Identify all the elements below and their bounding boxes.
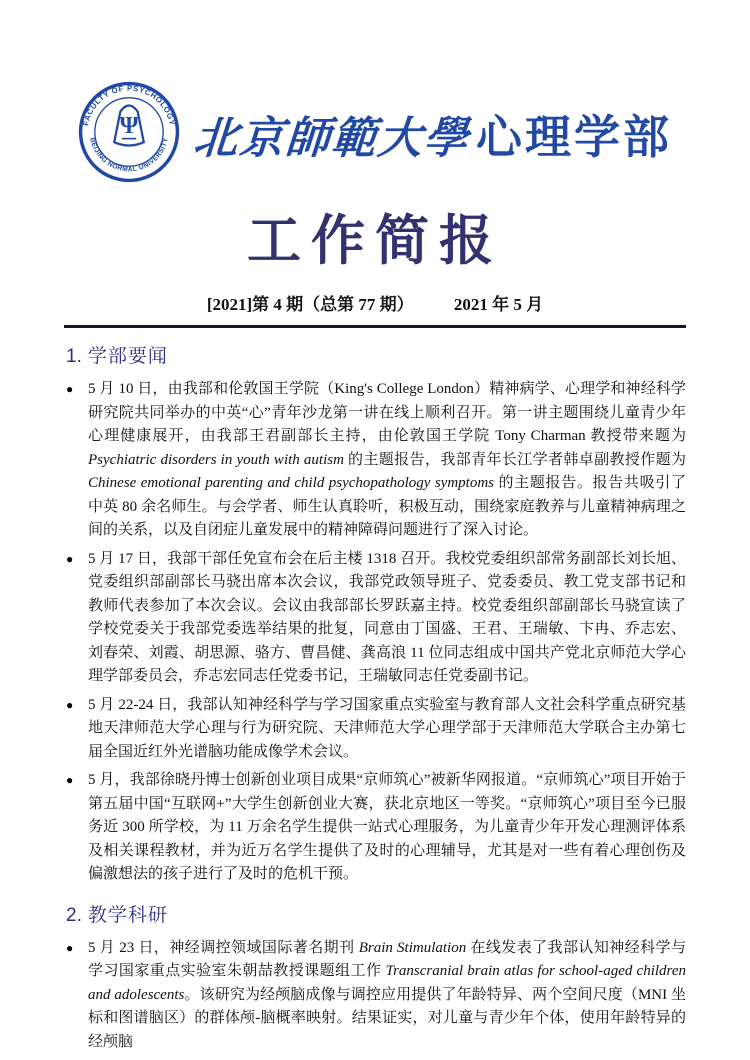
issue-number: [2021]第 4 期（总第 77 期） bbox=[207, 295, 414, 314]
sections: 1.学部要闻●5 月 10 日，由我部和伦敦国王学院（King's Colleg… bbox=[64, 341, 686, 1054]
faculty-name-bold: 心理学部 bbox=[476, 101, 672, 167]
bullet-text: 5 月 10 日，由我部和伦敦国王学院（King's College Londo… bbox=[88, 378, 686, 543]
header-logo-row: FACULTY OF PSYCHOLOGY BEIJING NORMAL UNI… bbox=[0, 82, 750, 186]
bullet-item: ●5 月 10 日，由我部和伦敦国王学院（King's College Lond… bbox=[64, 378, 686, 543]
bulletin-title: 工作简报 bbox=[0, 210, 750, 272]
bullet-icon: ● bbox=[64, 694, 88, 765]
bullet-text: 5 月，我部徐晓丹博士创新创业项目成果“京师筑心”被新华网报道。“京师筑心”项目… bbox=[88, 769, 686, 887]
text-run: 5 月，我部徐晓丹博士创新创业项目成果“京师筑心”被新华网报道。“京师筑心”项目… bbox=[88, 772, 686, 882]
psi-symbol: Ψ bbox=[119, 112, 138, 139]
bullet-item: ●5 月 23 日，神经调控领域国际著名期刊 Brain Stimulation… bbox=[64, 937, 686, 1055]
section-number: 1. bbox=[66, 346, 82, 367]
bulletin-page: FACULTY OF PSYCHOLOGY BEIJING NORMAL UNI… bbox=[0, 0, 750, 1060]
bullet-text: 5 月 17 日，我部干部任免宣布会在后主楼 1318 召开。我校党委组织部常务… bbox=[88, 548, 686, 689]
issue-line: [2021]第 4 期（总第 77 期） 2021 年 5 月 bbox=[0, 290, 750, 315]
section-title: 教学科研 bbox=[88, 905, 168, 926]
text-run: 5 月 22-24 日，我部认知神经科学与学习国家重点实验室与教育部人文社会科学… bbox=[88, 697, 686, 760]
university-seal-icon: FACULTY OF PSYCHOLOGY BEIJING NORMAL UNI… bbox=[78, 81, 180, 188]
section-number: 2. bbox=[66, 905, 82, 926]
bullet-text: 5 月 23 日，神经调控领域国际著名期刊 Brain Stimulation … bbox=[88, 937, 686, 1055]
italic-run: Chinese emotional parenting and child ps… bbox=[88, 475, 494, 491]
italic-run: Brain Stimulation bbox=[359, 940, 467, 956]
bullet-icon: ● bbox=[64, 548, 88, 689]
italic-run: Psychiatric disorders in youth with auti… bbox=[88, 452, 344, 468]
text-run: 的主题报告，我部青年长江学者韩卓副教授作题为 bbox=[344, 452, 686, 468]
text-run: 5 月 23 日，神经调控领域国际著名期刊 bbox=[88, 940, 359, 956]
section-heading: 1.学部要闻 bbox=[66, 341, 686, 368]
section-title: 学部要闻 bbox=[88, 346, 168, 367]
text-run: 5 月 17 日，我部干部任免宣布会在后主楼 1318 召开。我校党委组织部常务… bbox=[88, 551, 686, 685]
university-logotype: 北京師範大學 心理学部 bbox=[194, 101, 672, 167]
masthead-divider bbox=[64, 325, 686, 328]
section-heading: 2.教学科研 bbox=[66, 900, 686, 927]
bullet-icon: ● bbox=[64, 378, 88, 543]
bullet-item: ●5 月，我部徐晓丹博士创新创业项目成果“京师筑心”被新华网报道。“京师筑心”项… bbox=[64, 769, 686, 887]
bullet-text: 5 月 22-24 日，我部认知神经科学与学习国家重点实验室与教育部人文社会科学… bbox=[88, 694, 686, 765]
text-run: 5 月 10 日，由我部和伦敦国王学院（King's College Londo… bbox=[88, 381, 686, 444]
bullet-icon: ● bbox=[64, 937, 88, 1055]
bullet-item: ●5 月 17 日，我部干部任免宣布会在后主楼 1318 召开。我校党委组织部常… bbox=[64, 548, 686, 689]
svg-text:BEIJING NORMAL UNIVERSITY: BEIJING NORMAL UNIVERSITY bbox=[88, 137, 170, 173]
bullet-icon: ● bbox=[64, 769, 88, 887]
issue-date: 2021 年 5 月 bbox=[454, 295, 543, 314]
university-name-script: 北京師範大學 bbox=[192, 102, 472, 166]
bullet-item: ●5 月 22-24 日，我部认知神经科学与学习国家重点实验室与教育部人文社会科… bbox=[64, 694, 686, 765]
